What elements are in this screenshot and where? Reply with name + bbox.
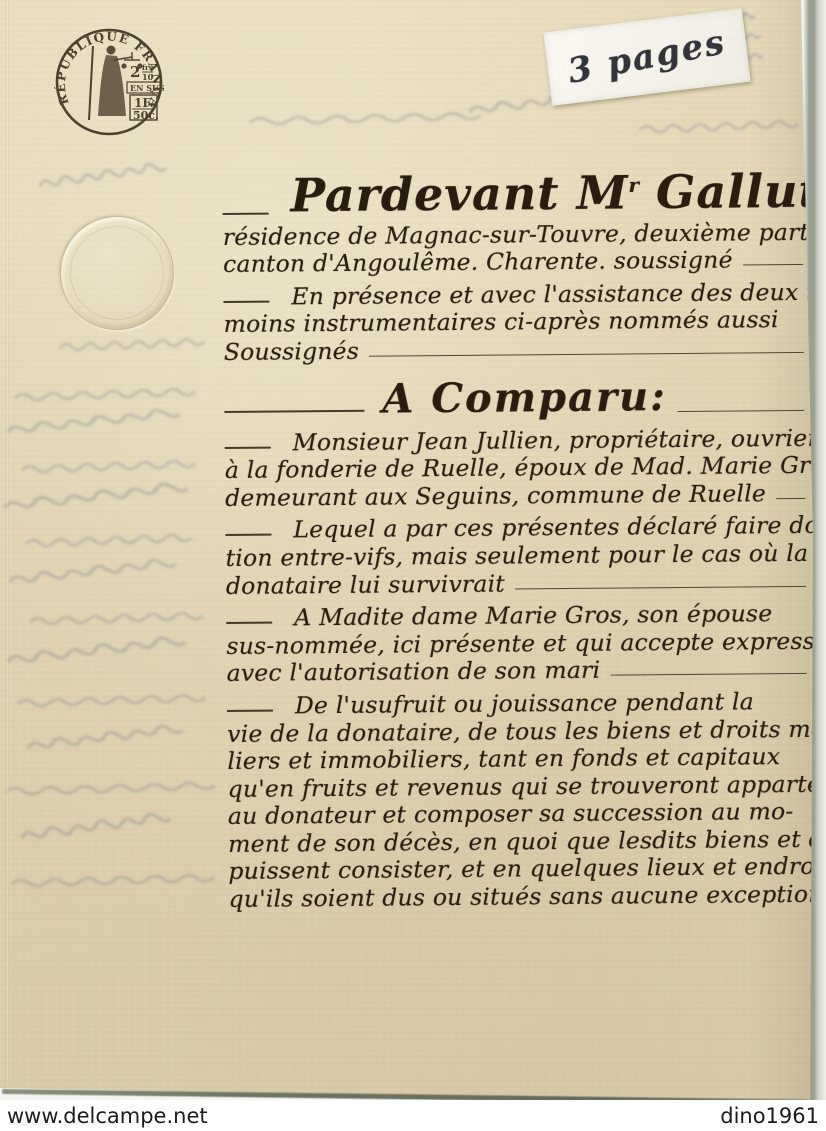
rule-line [743,264,803,266]
manuscript-text: demeurant aux Seguins, commune de Ruelle [225,479,766,512]
manuscript-text: qu'ils soient dus ou situés sans aucune … [229,880,824,913]
paragraph-dash [223,300,269,302]
svg-text:EN SUS: EN SUS [130,83,164,93]
manuscript-text: Pardevant Mr Gallut, notaire à la [290,162,826,222]
rule-line [369,352,804,357]
rule-line [610,673,806,676]
manuscript-line: Pardevant Mr Gallut, notaire à la [222,140,803,223]
paragraph-dash [223,213,269,215]
svg-text:1F.: 1F. [134,96,154,110]
justice-figure-icon [98,55,126,116]
manuscript-text: sus-nommée, ici présente et qui accepte … [226,626,826,660]
paragraph-dash [227,709,273,711]
manuscript-text: canton d'Angoulême. Charente. soussigné [223,246,733,278]
manuscript-line: Soussignés [224,333,804,366]
paragraph-dash [225,534,271,536]
fiscal-stamp: RÉPUBLIQUE FRANÇAISE 2 frs 10 EN SUS [54,26,164,138]
embossed-seal-ring [70,226,164,320]
manuscript-line: A Comparu: [224,365,804,424]
pages-label-text: 3 pages [565,22,730,92]
manuscript-text: résidence de Magnac-sur-Touvre, deuxième… [223,217,826,251]
svg-text:50c.: 50c. [133,109,159,122]
manuscript-text: avec l'autorisation de son mari [227,656,601,687]
paper-fold-crease [6,0,9,1086]
manuscript-text: Soussignés [224,337,359,366]
watermark-right: dino1961 [720,1104,819,1128]
manuscript-line: qu'ils soient dus ou situés sans aucune … [229,880,809,913]
svg-text:frs: frs [142,63,153,72]
manuscript-page: RÉPUBLIQUE FRANÇAISE 2 frs 10 EN SUS [0,0,813,1103]
rule-line [776,498,805,499]
manuscript-text: donataire lui survivrait [226,569,505,599]
manuscript-line: moins instrumentaires ci-après nommés au… [223,306,803,339]
manuscript-text: moins instrumentaires ci-après nommés au… [223,306,778,339]
manuscript-line: demeurant aux Seguins, commune de Ruelle [225,479,805,512]
svg-text:10: 10 [142,72,154,82]
manuscript-line: avec l'autorisation de son mari [227,655,807,688]
document-scan: RÉPUBLIQUE FRANÇAISE 2 frs 10 EN SUS [0,0,826,1131]
watermark-left: www.delcampe.net [7,1104,208,1128]
manuscript-text: A Comparu: [382,373,667,422]
paragraph-dash [224,410,364,413]
paragraph-dash [226,622,272,624]
manuscript-line: donataire lui survivrait [226,567,806,600]
embossed-seal [60,216,174,330]
manuscript-line: sus-nommée, ici présente et qui accepte … [226,627,806,660]
stamp-value: 2 [130,63,140,81]
manuscript-line: canton d'Angoulême. Charente. soussigné [223,246,803,279]
manuscript-text: tion entre-vifs, mais seulement pour le … [226,539,809,572]
watermark-bar: www.delcampe.net dino1961 [0,1100,826,1131]
paragraph-dash [225,446,271,448]
rule-line [677,410,804,412]
rule-line [515,585,806,589]
manuscript-body: Pardevant Mr Gallut, notaire à larésiden… [222,135,809,913]
manuscript-line: tion entre-vifs, mais seulement pour le … [226,539,806,572]
